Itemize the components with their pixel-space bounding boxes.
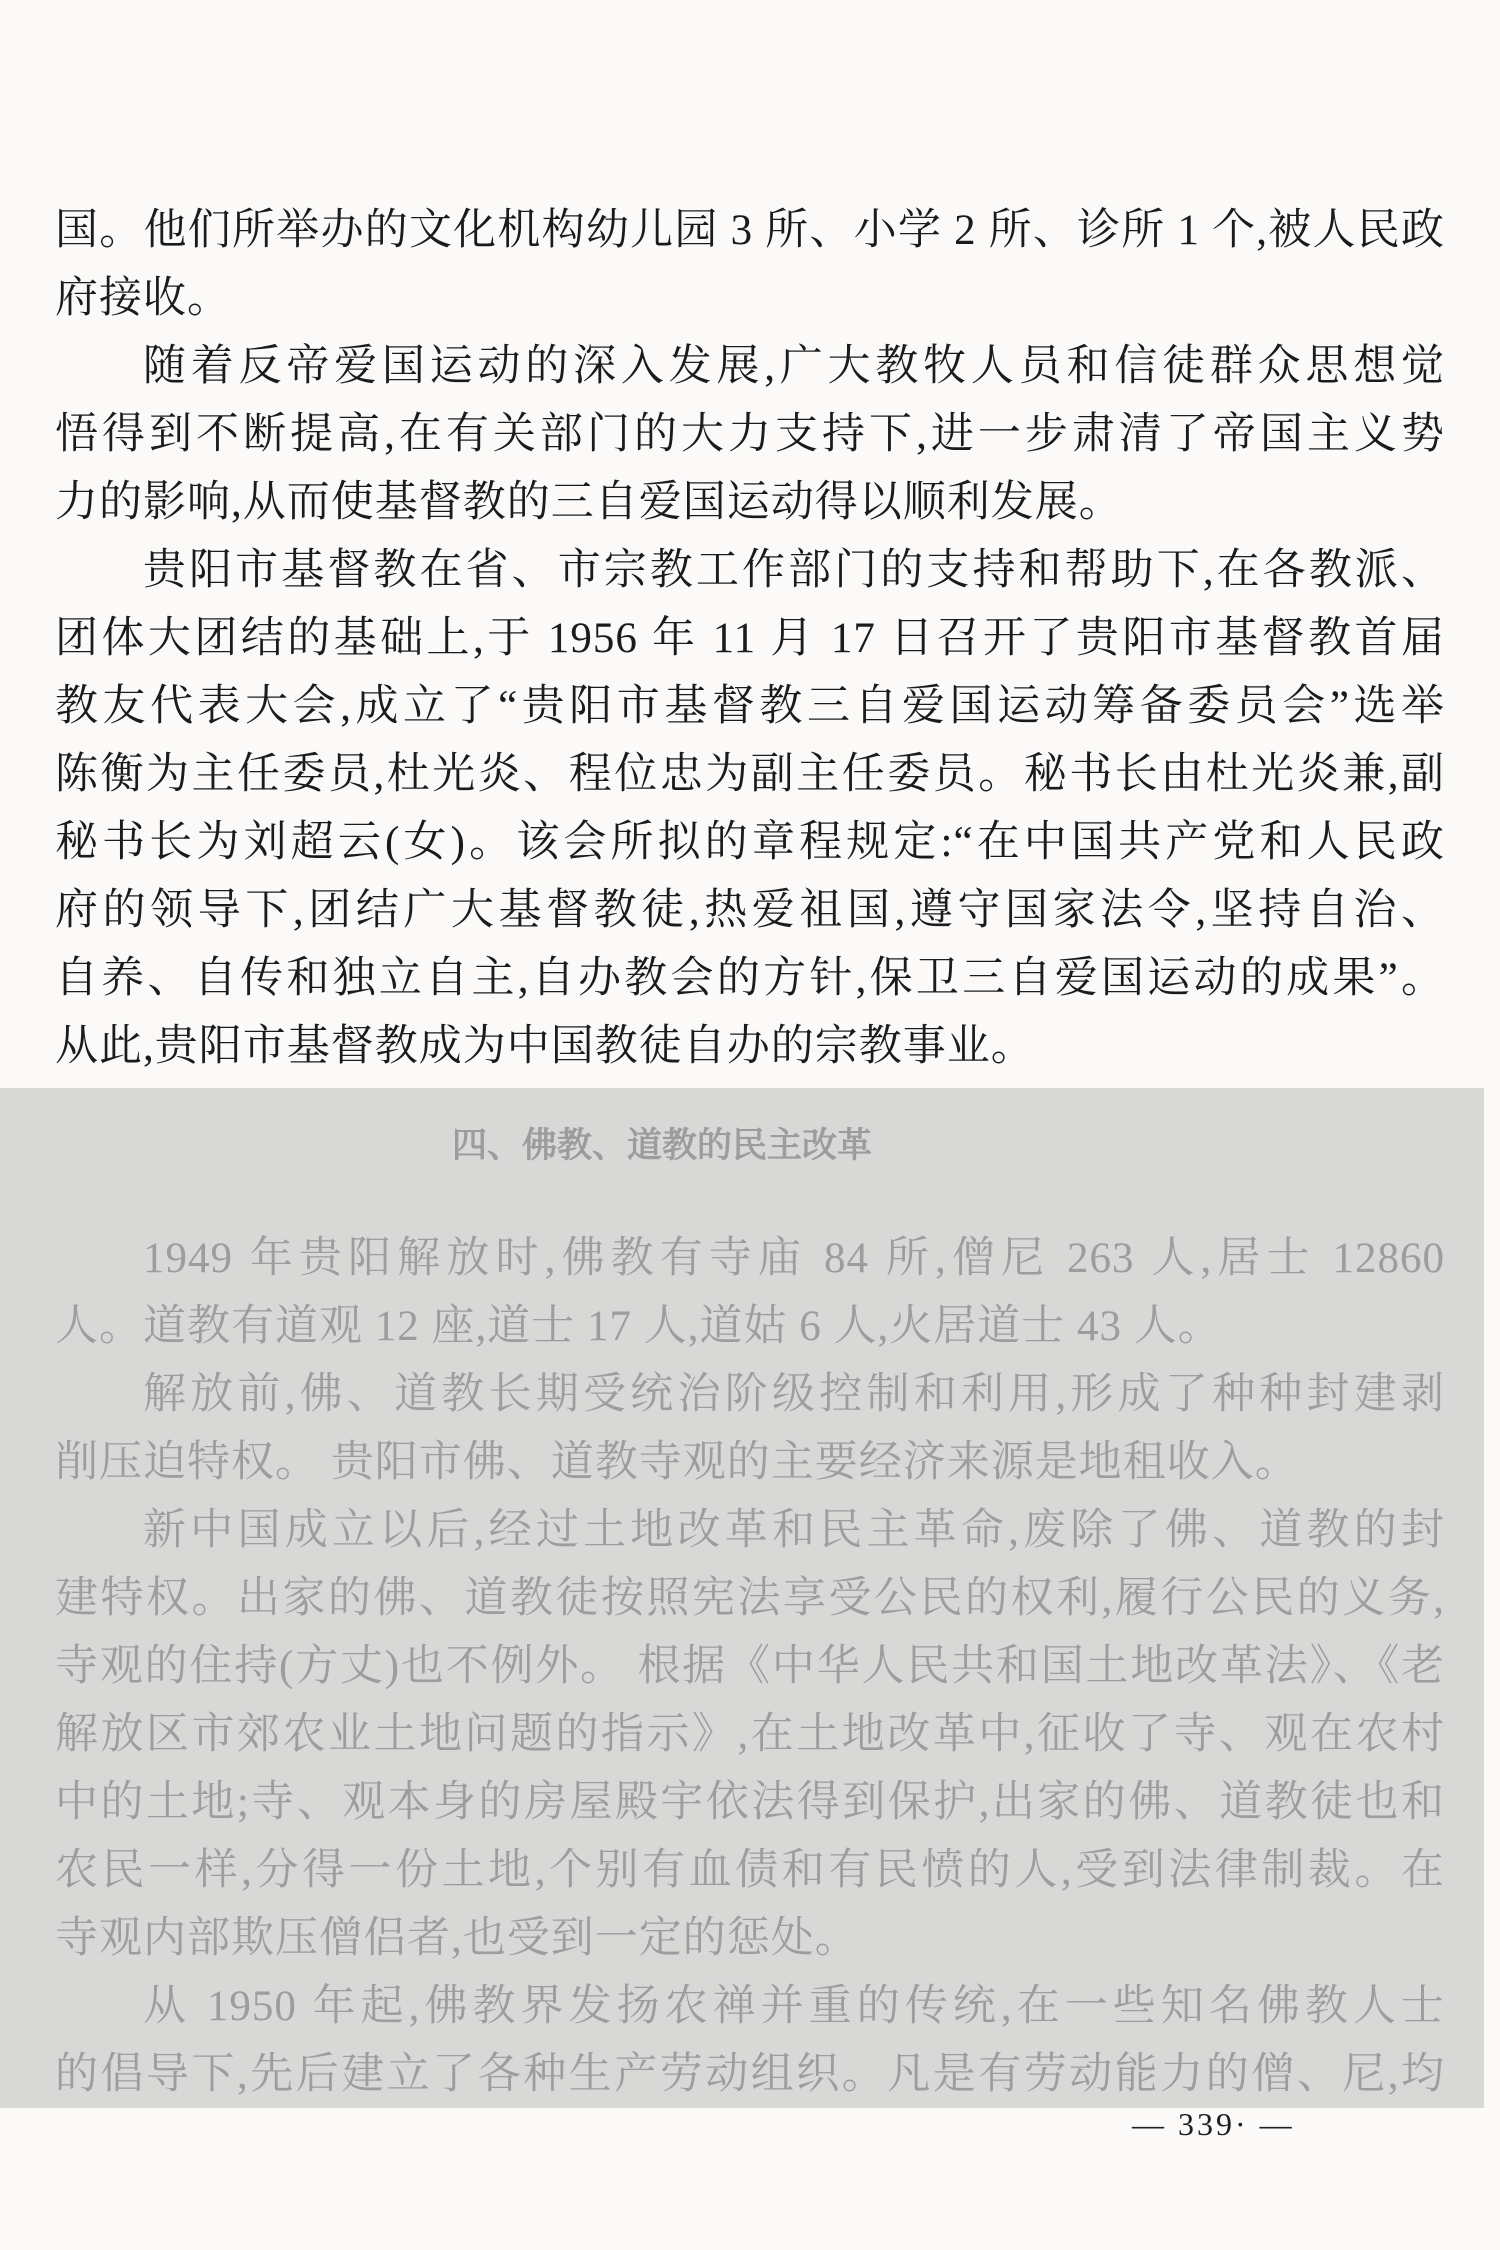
text-line: 力的影响,从而使基督教的三自爱国运动得以顺利发展。 bbox=[55, 469, 1445, 537]
section-heading-buddhism-taoism-reform: 四、佛教、道教的民主改革 bbox=[452, 1122, 872, 1170]
text-line: 陈衡为主任委员,杜光炎、程位忠为副主任委员。秘书长由杜光炎兼,副 bbox=[55, 741, 1445, 809]
text-line: 农民一样,分得一份土地,个别有血债和有民愤的人,受到法律制裁。在 bbox=[55, 1837, 1445, 1905]
text-line: 悟得到不断提高,在有关部门的大力支持下,进一步肃清了帝国主义势 bbox=[55, 401, 1445, 469]
text-line: 团体大团结的基础上,于 1956 年 11 月 17 日召开了贵阳市基督教首届 bbox=[55, 605, 1445, 673]
text-line: 中的土地;寺、观本身的房屋殿宇依法得到保护,出家的佛、道教徒也和 bbox=[55, 1769, 1445, 1837]
text-line: 随着反帝爱国运动的深入发展,广大教牧人员和信徒群众思想觉 bbox=[55, 333, 1445, 401]
text-line: 人。道教有道观 12 座,道士 17 人,道姑 6 人,火居道士 43 人。 bbox=[55, 1293, 1445, 1361]
text-line: 寺观内部欺压僧侣者,也受到一定的惩处。 bbox=[55, 1905, 1445, 1973]
text-line: 削压迫特权。 贵阳市佛、道教寺观的主要经济来源是地租收入。 bbox=[55, 1429, 1445, 1497]
text-line: 国。他们所举办的文化机构幼儿园 3 所、小学 2 所、诊所 1 个,被人民政 bbox=[55, 197, 1445, 265]
page-number: — 339· — bbox=[1132, 2104, 1295, 2144]
text-line: 新中国成立以后,经过土地改革和民主革命,废除了佛、道教的封 bbox=[55, 1497, 1445, 1565]
text-line: 自养、自传和独立自主,自办教会的方针,保卫三自爱国运动的成果”。 bbox=[55, 945, 1445, 1013]
text-line: 秘书长为刘超云(女)。该会所拟的章程规定:“在中国共产党和人民政 bbox=[55, 809, 1445, 877]
text-line: 教友代表大会,成立了“贵阳市基督教三自爱国运动筹备委员会”选举 bbox=[55, 673, 1445, 741]
scanned-book-page: 国。他们所举办的文化机构幼儿园 3 所、小学 2 所、诊所 1 个,被人民政 府… bbox=[0, 0, 1500, 2250]
text-line: 府的领导下,团结广大基督教徒,热爱祖国,遵守国家法令,坚持自治、 bbox=[55, 877, 1445, 945]
text-line: 建特权。出家的佛、道教徒按照宪法享受公民的权利,履行公民的义务, bbox=[55, 1565, 1445, 1633]
paragraph-block-christianity: 国。他们所举办的文化机构幼儿园 3 所、小学 2 所、诊所 1 个,被人民政 府… bbox=[55, 197, 1445, 1081]
text-line: 解放区市郊农业土地问题的指示》,在土地改革中,征收了寺、观在农村 bbox=[55, 1701, 1445, 1769]
text-line: 1949 年贵阳解放时,佛教有寺庙 84 所,僧尼 263 人,居士 12860 bbox=[55, 1225, 1445, 1293]
text-line: 的倡导下,先后建立了各种生产劳动组织。凡是有劳动能力的僧、尼,均 bbox=[55, 2041, 1445, 2109]
text-line: 贵阳市基督教在省、市宗教工作部门的支持和帮助下,在各教派、 bbox=[55, 537, 1445, 605]
text-line: 府接收。 bbox=[55, 265, 1445, 333]
paragraph-block-buddhism-taoism: 1949 年贵阳解放时,佛教有寺庙 84 所,僧尼 263 人,居士 12860… bbox=[55, 1225, 1445, 2109]
text-line: 从此,贵阳市基督教成为中国教徒自办的宗教事业。 bbox=[55, 1013, 1445, 1081]
text-line: 解放前,佛、道教长期受统治阶级控制和利用,形成了种种封建剥 bbox=[55, 1361, 1445, 1429]
text-line: 从 1950 年起,佛教界发扬农禅并重的传统,在一些知名佛教人士 bbox=[55, 1973, 1445, 2041]
text-line: 寺观的住持(方丈)也不例外。 根据《中华人民共和国土地改革法》、《老 bbox=[55, 1633, 1445, 1701]
